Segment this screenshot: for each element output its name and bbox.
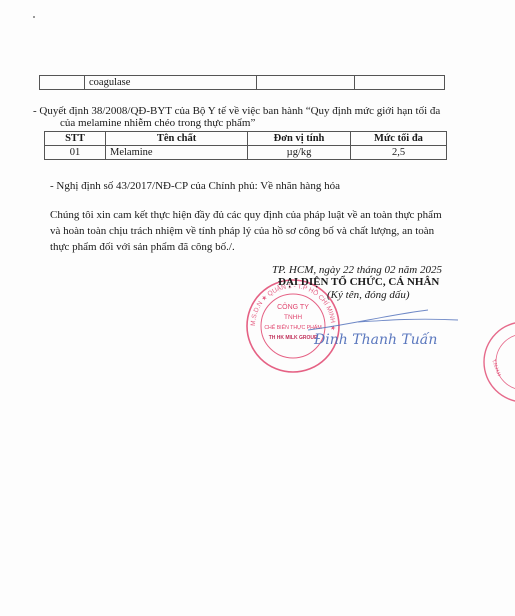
commitment-line1: Chúng tôi xin cam kết thực hiện đầy đủ c… <box>50 208 442 222</box>
regulation-2: - Nghị định số 43/2017/NĐ-CP của Chính p… <box>50 179 340 193</box>
commitment-line3: thực phẩm đối với sản phẩm đã công bố./. <box>50 240 235 254</box>
table-row: coagulase <box>40 76 445 90</box>
svg-text:T.N.H.H: T.N.H.H <box>490 359 502 378</box>
signature-title: ĐẠI DIỆN TỔ CHỨC, CÁ NHÂN <box>278 276 439 288</box>
table-cell <box>40 76 85 90</box>
regulation-1-line2: của melamine nhiễm chéo trong thực phẩm” <box>60 116 255 130</box>
header-max-level: Mức tối đa <box>351 132 447 146</box>
cell-substance: Melamine <box>106 146 248 160</box>
header-unit: Đơn vị tính <box>248 132 351 146</box>
partial-stamp-edge: T.N.H.H <box>478 318 515 408</box>
melamine-limit-table: STT Tên chất Đơn vị tính Mức tối đa 01 M… <box>44 131 447 160</box>
header-substance: Tên chất <box>106 132 248 146</box>
cell-unit: µg/kg <box>248 146 351 160</box>
previous-table-fragment: coagulase <box>39 75 445 90</box>
table-cell <box>355 76 445 90</box>
cell-stt: 01 <box>45 146 106 160</box>
cell-max-level: 2,5 <box>351 146 447 160</box>
table-row: 01 Melamine µg/kg 2,5 <box>45 146 447 160</box>
scan-speck <box>33 16 35 18</box>
header-stt: STT <box>45 132 106 146</box>
commitment-line2: và hoàn toàn chịu trách nhiệm về tính ph… <box>50 224 434 238</box>
table-cell: coagulase <box>85 76 257 90</box>
signature-date: TP. HCM, ngày 22 tháng 02 năm 2025 <box>272 264 442 276</box>
table-cell <box>257 76 355 90</box>
table-header-row: STT Tên chất Đơn vị tính Mức tối đa <box>45 132 447 146</box>
signer-name: Đinh Thanh Tuấn <box>314 332 437 348</box>
